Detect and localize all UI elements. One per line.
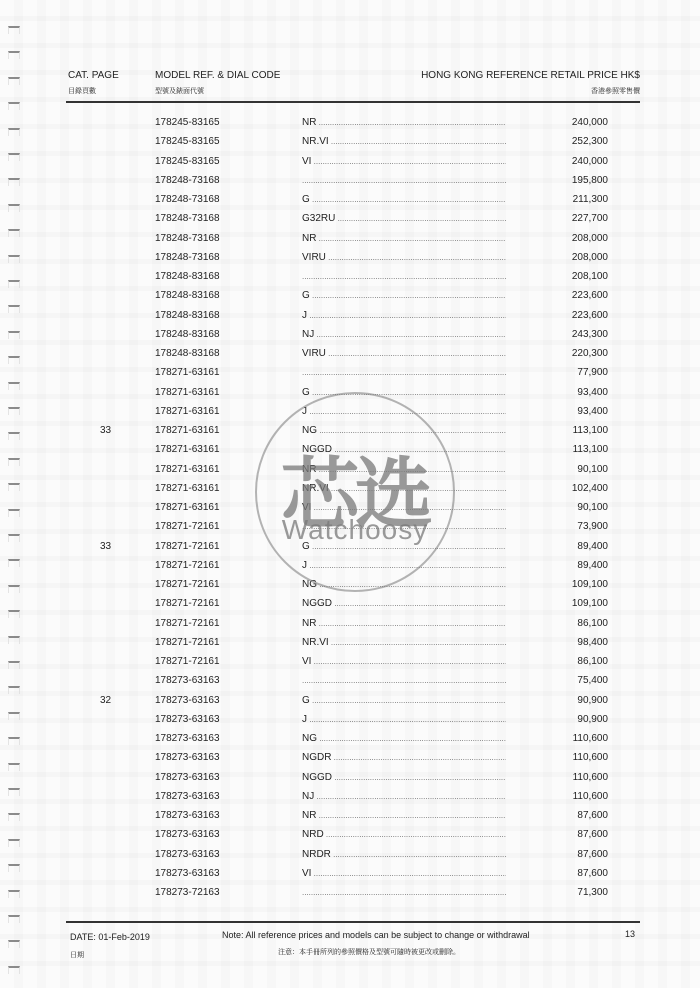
table-row: 178248-83168VIRU220,300: [0, 348, 700, 367]
dial-code-cell: NR: [302, 233, 506, 244]
price-table: 178245-83165NR240,000178245-83165NR.VI25…: [0, 117, 700, 906]
cat-page-heading-zh: 目錄頁數: [68, 86, 96, 96]
dial-code-cell: NRDR: [302, 849, 506, 860]
table-row: 178248-73168G32RU227,700: [0, 213, 700, 232]
dial-code-cell: G: [302, 695, 506, 706]
price-cell: 227,700: [572, 213, 608, 224]
table-row: 178245-83165VI240,000: [0, 156, 700, 175]
punch-mark: [8, 966, 20, 974]
punch-mark: [8, 26, 20, 34]
dial-code-cell: G: [302, 541, 506, 552]
table-row: 178271-72161VI86,100: [0, 656, 700, 675]
model-ref-cell: 178271-72161: [155, 598, 220, 609]
model-ref-cell: 178248-83168: [155, 310, 220, 321]
model-ref-cell: 178248-83168: [155, 329, 220, 340]
punch-mark: [8, 51, 20, 59]
dial-code-cell: NR: [302, 464, 506, 475]
model-ref-cell: 178273-63163: [155, 868, 220, 879]
price-cell: 86,100: [577, 656, 608, 667]
model-ref-cell: 178245-83165: [155, 117, 220, 128]
price-cell: 90,100: [577, 464, 608, 475]
footer-note-zh: 注意：本手冊所列的參照價格及型號可隨時被更改或刪除。: [278, 947, 460, 957]
model-ref-cell: 178273-63163: [155, 829, 220, 840]
price-cell: 252,300: [572, 136, 608, 147]
model-ref-cell: 178271-63161: [155, 464, 220, 475]
model-heading-zh: 型號及錶面代號: [155, 86, 204, 96]
table-row: 178273-63163NJ110,600: [0, 791, 700, 810]
model-ref-cell: 178271-72161: [155, 521, 220, 532]
price-cell: 208,000: [572, 252, 608, 263]
dial-code-cell: NG: [302, 579, 506, 590]
model-ref-cell: 178273-72163: [155, 887, 220, 898]
price-cell: 90,900: [577, 695, 608, 706]
cat-page-heading: CAT. PAGE: [68, 70, 119, 81]
price-cell: 102,400: [572, 483, 608, 494]
dial-code-cell: VIRU: [302, 348, 506, 359]
model-ref-cell: 178271-72161: [155, 541, 220, 552]
model-ref-cell: 178271-63161: [155, 387, 220, 398]
dial-code-cell: [302, 521, 506, 532]
price-cell: 77,900: [577, 367, 608, 378]
price-cell: 220,300: [572, 348, 608, 359]
punch-mark: [8, 102, 20, 110]
dial-code-cell: NR: [302, 618, 506, 629]
model-ref-cell: 178273-63163: [155, 733, 220, 744]
dial-code-cell: NR.VI: [302, 483, 506, 494]
price-cell: 89,400: [577, 541, 608, 552]
table-row: 178248-73168NR208,000: [0, 233, 700, 252]
price-cell: 240,000: [572, 156, 608, 167]
table-row: 178245-83165NR240,000: [0, 117, 700, 136]
price-cell: 195,800: [572, 175, 608, 186]
price-cell: 110,600: [573, 791, 608, 802]
model-ref-cell: 178248-73168: [155, 213, 220, 224]
table-row: 178245-83165NR.VI252,300: [0, 136, 700, 155]
price-cell: 109,100: [572, 579, 608, 590]
model-ref-cell: 178273-63163: [155, 714, 220, 725]
price-cell: 208,100: [572, 271, 608, 282]
dial-code-cell: NGGD: [302, 444, 506, 455]
dial-code-cell: [302, 367, 506, 378]
table-row: 178271-63161NGGD113,100: [0, 444, 700, 463]
table-row: 178271-63161NR.VI102,400: [0, 483, 700, 502]
table-row: 178271-72161NG109,100: [0, 579, 700, 598]
model-ref-cell: 178248-73168: [155, 175, 220, 186]
dial-code-cell: NJ: [302, 329, 506, 340]
dial-code-cell: J: [302, 406, 506, 417]
price-heading: HONG KONG REFERENCE RETAIL PRICE HK$: [421, 70, 640, 81]
price-cell: 223,600: [572, 310, 608, 321]
dial-code-cell: VI: [302, 156, 506, 167]
model-ref-cell: 178248-73168: [155, 194, 220, 205]
dial-code-cell: J: [302, 310, 506, 321]
punch-mark: [8, 940, 20, 948]
price-cell: 93,400: [577, 406, 608, 417]
price-cell: 211,300: [573, 194, 608, 205]
dial-code-cell: NGDR: [302, 752, 506, 763]
table-row: 178273-63163NG110,600: [0, 733, 700, 752]
price-cell: 89,400: [577, 560, 608, 571]
table-row: 178271-72161NR86,100: [0, 618, 700, 637]
price-cell: 93,400: [577, 387, 608, 398]
price-cell: 109,100: [572, 598, 608, 609]
dial-code-cell: NJ: [302, 791, 506, 802]
table-row: 178271-63161NR90,100: [0, 464, 700, 483]
dial-code-cell: [302, 271, 506, 282]
model-ref-cell: 178271-72161: [155, 560, 220, 571]
dial-code-cell: [302, 175, 506, 186]
price-cell: 113,100: [573, 444, 608, 455]
model-ref-cell: 178271-63161: [155, 483, 220, 494]
table-row: 178273-63163J90,900: [0, 714, 700, 733]
model-ref-cell: 178271-63161: [155, 444, 220, 455]
price-cell: 71,300: [577, 887, 608, 898]
cat-page-cell: 33: [100, 541, 111, 552]
model-ref-cell: 178271-63161: [155, 406, 220, 417]
model-ref-cell: 178248-83168: [155, 271, 220, 282]
table-row: 178248-83168NJ243,300: [0, 329, 700, 348]
model-ref-cell: 178273-63163: [155, 695, 220, 706]
model-ref-cell: 178248-83168: [155, 348, 220, 359]
dial-code-cell: J: [302, 714, 506, 725]
model-ref-cell: 178273-63163: [155, 752, 220, 763]
dial-code-cell: [302, 675, 506, 686]
table-row: 178273-63163NGDR110,600: [0, 752, 700, 771]
dial-code-cell: VIRU: [302, 252, 506, 263]
dial-code-cell: NR.VI: [302, 637, 506, 648]
dial-code-cell: NGGD: [302, 598, 506, 609]
model-ref-cell: 178248-83168: [155, 290, 220, 301]
model-ref-cell: 178271-72161: [155, 637, 220, 648]
price-cell: 113,100: [573, 425, 608, 436]
dial-code-cell: G: [302, 387, 506, 398]
dial-code-cell: NR: [302, 810, 506, 821]
price-cell: 86,100: [577, 618, 608, 629]
table-row: 178271-72161J89,400: [0, 560, 700, 579]
dial-code-cell: VI: [302, 502, 506, 513]
price-cell: 87,600: [577, 868, 608, 879]
table-row: 178273-63163NRD87,600: [0, 829, 700, 848]
header-divider: [66, 101, 640, 103]
punch-mark: [8, 915, 20, 923]
table-row: 178248-73168G211,300: [0, 194, 700, 213]
price-cell: 223,600: [572, 290, 608, 301]
table-header: CAT. PAGE 目錄頁數 MODEL REF. & DIAL CODE 型號…: [0, 70, 700, 100]
table-row: 178273-7216371,300: [0, 887, 700, 906]
price-cell: 110,600: [573, 772, 608, 783]
price-cell: 73,900: [577, 521, 608, 532]
model-heading: MODEL REF. & DIAL CODE: [155, 70, 280, 81]
model-ref-cell: 178248-73168: [155, 233, 220, 244]
table-row: 33178271-72161G89,400: [0, 541, 700, 560]
model-ref-cell: 178271-72161: [155, 579, 220, 590]
table-row: 178273-63163NRDR87,600: [0, 849, 700, 868]
page-number: 13: [625, 929, 635, 939]
dial-code-cell: NR.VI: [302, 136, 506, 147]
table-row: 178271-72161NR.VI98,400: [0, 637, 700, 656]
price-cell: 208,000: [572, 233, 608, 244]
dial-code-cell: NG: [302, 425, 506, 436]
price-cell: 243,300: [572, 329, 608, 340]
dial-code-cell: NRD: [302, 829, 506, 840]
price-cell: 90,900: [577, 714, 608, 725]
dial-code-cell: G: [302, 290, 506, 301]
table-row: 178271-63161J93,400: [0, 406, 700, 425]
cat-page-cell: 33: [100, 425, 111, 436]
table-row: 178271-72161NGGD109,100: [0, 598, 700, 617]
dial-code-cell: VI: [302, 868, 506, 879]
table-row: 178271-63161VI90,100: [0, 502, 700, 521]
dial-code-cell: J: [302, 560, 506, 571]
price-heading-zh: 香港參照零售價: [591, 86, 640, 96]
footer-date-zh: 日期: [70, 950, 84, 960]
table-row: 178248-73168195,800: [0, 175, 700, 194]
price-cell: 110,600: [573, 733, 608, 744]
cat-page-cell: 32: [100, 695, 111, 706]
model-ref-cell: 178273-63163: [155, 810, 220, 821]
table-row: 178273-63163NR87,600: [0, 810, 700, 829]
table-row: 178248-73168VIRU208,000: [0, 252, 700, 271]
dial-code-cell: NG: [302, 733, 506, 744]
table-row: 178271-63161G93,400: [0, 387, 700, 406]
table-row: 178273-63163VI87,600: [0, 868, 700, 887]
table-row: 178248-83168G223,600: [0, 290, 700, 309]
price-cell: 110,600: [573, 752, 608, 763]
table-row: 178273-63163NGGD110,600: [0, 772, 700, 791]
table-row: 33178271-63161NG113,100: [0, 425, 700, 444]
price-cell: 87,600: [577, 810, 608, 821]
table-row: 32178273-63163G90,900: [0, 695, 700, 714]
price-cell: 87,600: [577, 849, 608, 860]
table-row: 178271-7216173,900: [0, 521, 700, 540]
dial-code-cell: VI: [302, 656, 506, 667]
table-row: 178273-6316375,400: [0, 675, 700, 694]
dial-code-cell: NR: [302, 117, 506, 128]
model-ref-cell: 178273-63163: [155, 791, 220, 802]
table-row: 178248-83168208,100: [0, 271, 700, 290]
footer-note: Note: All reference prices and models ca…: [222, 930, 530, 940]
dial-code-cell: [302, 887, 506, 898]
dial-code-cell: G32RU: [302, 213, 506, 224]
model-ref-cell: 178271-72161: [155, 618, 220, 629]
price-cell: 87,600: [577, 829, 608, 840]
model-ref-cell: 178245-83165: [155, 156, 220, 167]
price-cell: 90,100: [577, 502, 608, 513]
model-ref-cell: 178271-72161: [155, 656, 220, 667]
footer-date: DATE: 01-Feb-2019: [70, 932, 150, 942]
model-ref-cell: 178273-63163: [155, 675, 220, 686]
dial-code-cell: NGGD: [302, 772, 506, 783]
model-ref-cell: 178271-63161: [155, 367, 220, 378]
model-ref-cell: 178245-83165: [155, 136, 220, 147]
model-ref-cell: 178271-63161: [155, 425, 220, 436]
price-cell: 240,000: [572, 117, 608, 128]
model-ref-cell: 178273-63163: [155, 772, 220, 783]
model-ref-cell: 178271-63161: [155, 502, 220, 513]
model-ref-cell: 178248-73168: [155, 252, 220, 263]
dial-code-cell: G: [302, 194, 506, 205]
table-row: 178271-6316177,900: [0, 367, 700, 386]
price-cell: 75,400: [577, 675, 608, 686]
model-ref-cell: 178273-63163: [155, 849, 220, 860]
table-row: 178248-83168J223,600: [0, 310, 700, 329]
footer-divider: [66, 921, 640, 923]
price-cell: 98,400: [577, 637, 608, 648]
